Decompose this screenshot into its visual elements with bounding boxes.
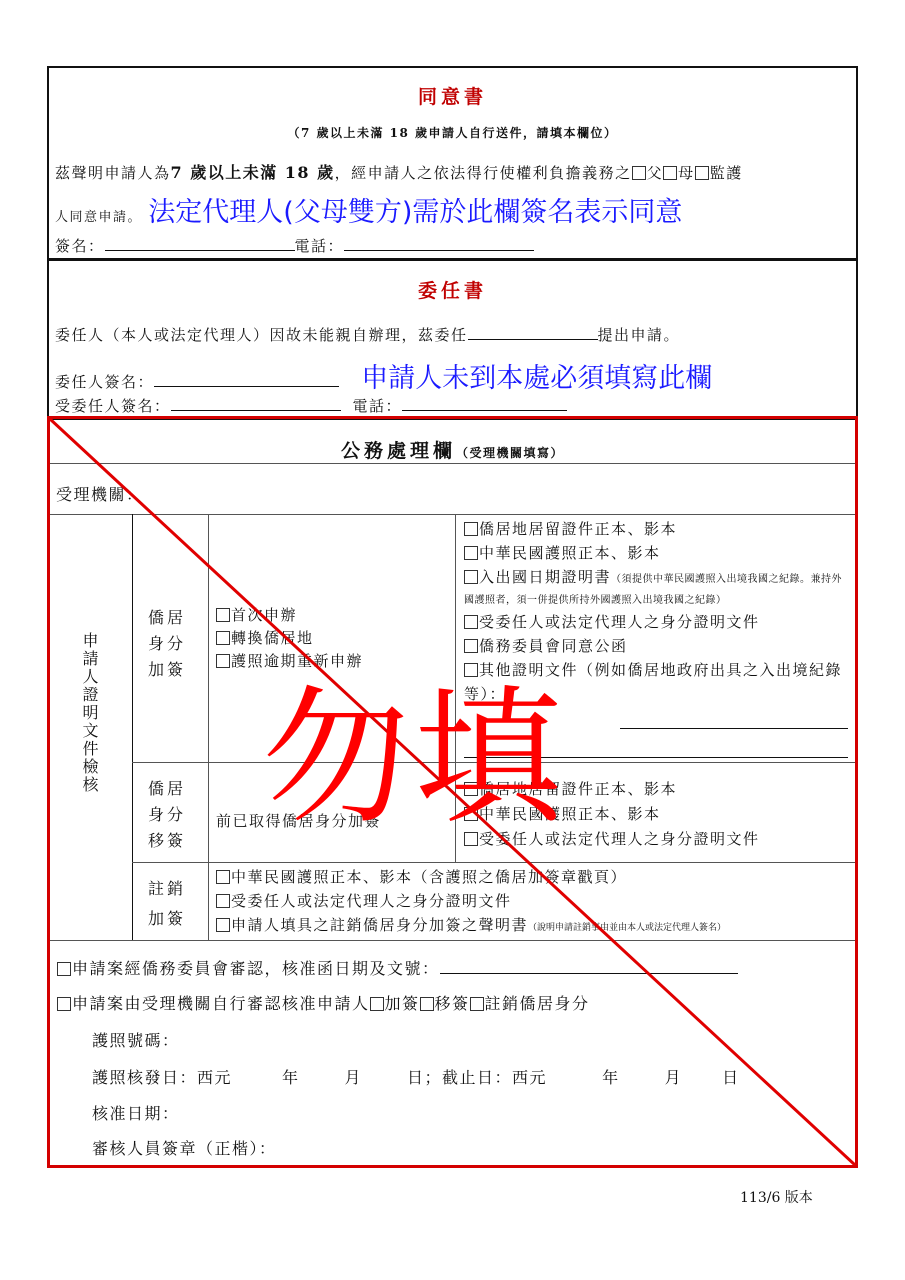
do-not-fill-stamp: 勿填: [262, 684, 566, 832]
cross-out-line: [0, 0, 905, 1280]
version-label: 113/6 版本: [740, 1187, 813, 1207]
